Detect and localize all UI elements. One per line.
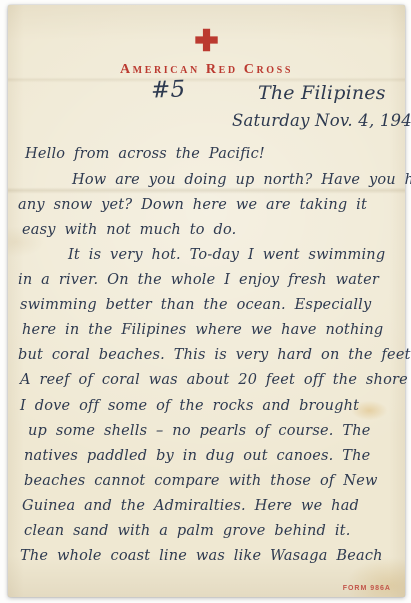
letter-line: It is very hot. To-day I went swimming (68, 247, 385, 263)
letter-line: How are you doing up north? Have you had (72, 172, 411, 188)
letter-line: up some shells – no pearls of course. Th… (28, 423, 371, 439)
letter-line: Guinea and the Admiralties. Here we had (22, 498, 359, 514)
letter-line: I dove off some of the rocks and brought (20, 398, 359, 414)
letter-page: American Red Cross #5 The Filipines Satu… (8, 5, 405, 597)
letter-line: Hello from across the Pacific! (25, 146, 265, 162)
letter-line: beaches cannot compare with those of New (24, 473, 378, 489)
letter-line: in a river. On the whole I enjoy fresh w… (18, 272, 379, 288)
letter-line: clean sand with a palm grove behind it. (24, 523, 351, 539)
letter-line: any snow yet? Down here we are taking it (18, 197, 367, 213)
letter-scan: American Red Cross #5 The Filipines Satu… (0, 0, 411, 603)
letter-line: A reef of coral was about 20 feet off th… (20, 372, 411, 388)
letter-line: swimming better than the ocean. Especial… (20, 297, 371, 313)
form-number: FORM 986A (343, 585, 391, 592)
letter-line: easy with not much to do. (22, 222, 236, 238)
letter-line: here in the Filipines where we have noth… (22, 322, 383, 338)
letter-body: Hello from across the Pacific! How are y… (8, 5, 405, 597)
letter-line: natives paddled by in dug out canoes. Th… (24, 448, 370, 464)
letter-line: but coral beaches. This is very hard on … (18, 347, 411, 363)
letter-line: The whole coast line was like Wasaga Bea… (20, 548, 383, 564)
